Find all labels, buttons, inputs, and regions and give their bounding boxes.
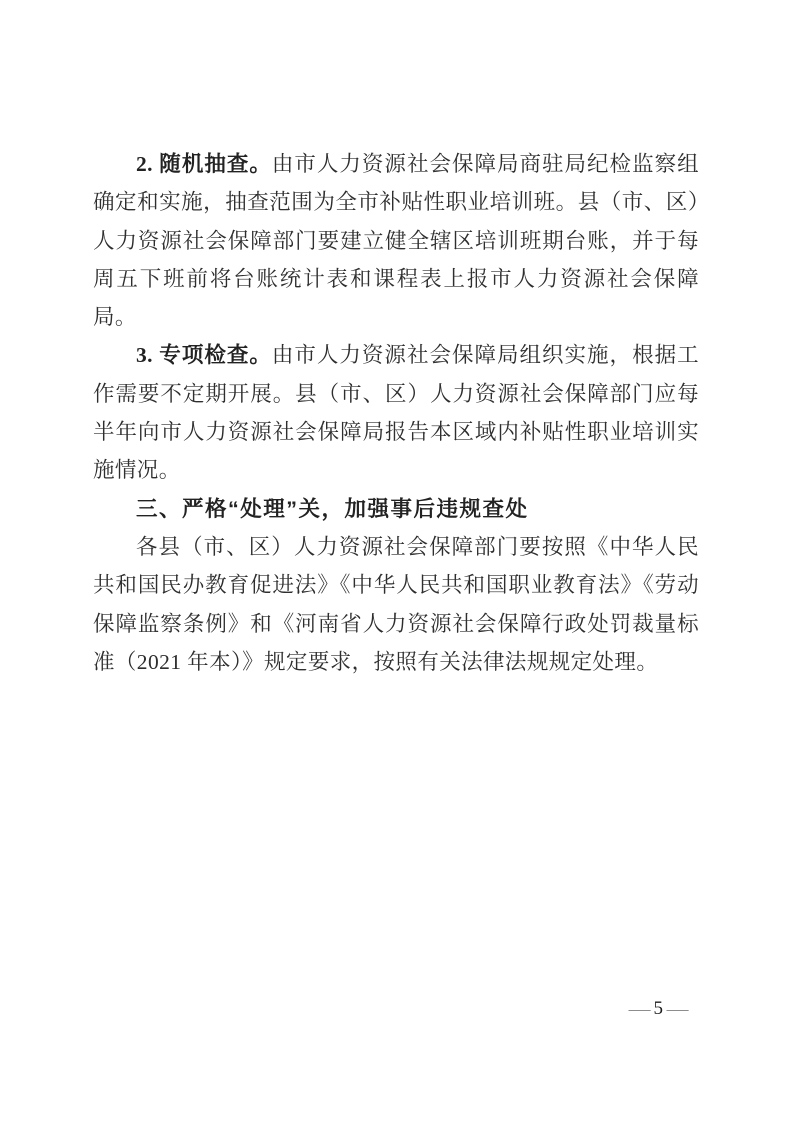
page-number: — 5 — [630,998,688,1020]
paragraph-lead-bold: 3. 专项检查。 [136,343,272,367]
page-number-dash-left: — [628,1000,650,1019]
paragraph-text: 由市人力资源社会保障局商驻局纪检监察组确定和实施，抽查范围为全市补贴性职业培训班… [93,152,699,329]
document-page: 2. 随机抽查。由市人力资源社会保障局商驻局纪检监察组确定和实施，抽查范围为全市… [0,0,793,1122]
paragraph-lead-bold: 三、严格“处理”关，加强事后违规查处 [136,497,529,521]
page-number-value: 5 [654,998,664,1020]
paragraph: 3. 专项检查。由市人力资源社会保障局组织实施，根据工作需要不定期开展。县（市、… [93,336,699,489]
paragraph-lead-bold: 2. 随机抽查。 [136,152,272,176]
document-body: 2. 随机抽查。由市人力资源社会保障局商驻局纪检监察组确定和实施，抽查范围为全市… [93,145,699,681]
page-number-dash-right: — [667,1000,689,1019]
paragraph-text: 各县（市、区）人力资源社会保障部门要按照《中华人民共和国民办教育促进法》《中华人… [93,535,699,674]
section-heading: 三、严格“处理”关，加强事后违规查处 [93,490,699,528]
paragraph: 各县（市、区）人力资源社会保障部门要按照《中华人民共和国民办教育促进法》《中华人… [93,528,699,681]
paragraph: 2. 随机抽查。由市人力资源社会保障局商驻局纪检监察组确定和实施，抽查范围为全市… [93,145,699,336]
